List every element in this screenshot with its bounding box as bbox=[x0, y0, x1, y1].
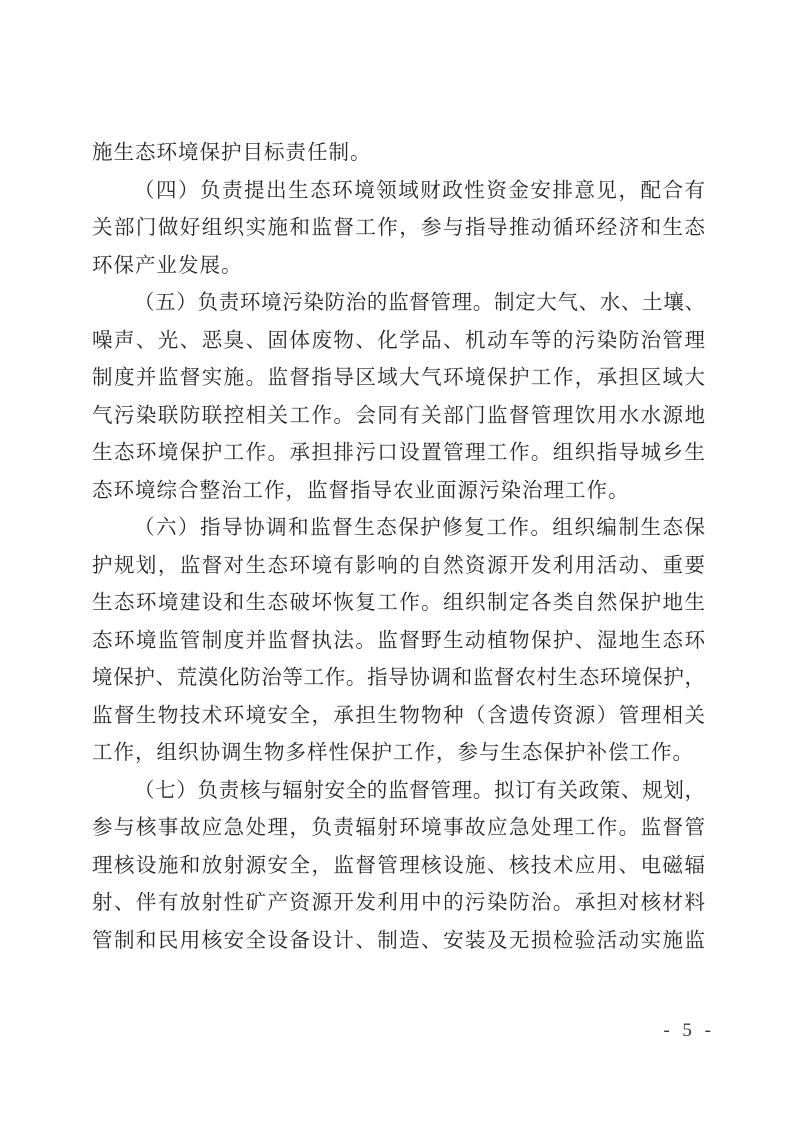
text-line: 射、伴有放射性矿产资源开发利用中的污染防治。承担对核材料 bbox=[92, 885, 705, 923]
text-line: （四）负责提出生态环境领域财政性资金安排意见，配合有 bbox=[92, 173, 705, 211]
text-line: 噪声、光、恶臭、固体废物、化学品、机动车等的污染防治管理 bbox=[92, 323, 705, 361]
document-page: 施生态环境保护目标责任制。（四）负责提出生态环境领域财政性资金安排意见，配合有关… bbox=[0, 0, 793, 1122]
text-line: 施生态环境保护目标责任制。 bbox=[92, 135, 705, 173]
text-line: 关部门做好组织实施和监督工作，参与指导推动循环经济和生态 bbox=[92, 210, 705, 248]
text-line: （七）负责核与辐射安全的监督管理。拟订有关政策、规划， bbox=[92, 773, 705, 811]
text-line: （六）指导协调和监督生态保护修复工作。组织编制生态保 bbox=[92, 510, 705, 548]
text-line: 监督生物技术环境安全，承担生物物种（含遗传资源）管理相关 bbox=[92, 698, 705, 736]
text-line: 制度并监督实施。监督指导区域大气环境保护工作，承担区域大 bbox=[92, 360, 705, 398]
text-line: 工作，组织协调生物多样性保护工作，参与生态保护补偿工作。 bbox=[92, 735, 705, 773]
paragraph: （四）负责提出生态环境领域财政性资金安排意见，配合有关部门做好组织实施和监督工作… bbox=[92, 173, 705, 286]
text-line: 护规划，监督对生态环境有影响的自然资源开发利用活动、重要 bbox=[92, 548, 705, 586]
text-line: 管制和民用核安全设备设计、制造、安装及无损检验活动实施监 bbox=[92, 923, 705, 961]
page-number: - 5 - bbox=[663, 1020, 715, 1042]
paragraph: （六）指导协调和监督生态保护修复工作。组织编制生态保护规划，监督对生态环境有影响… bbox=[92, 510, 705, 773]
text-line: 环保产业发展。 bbox=[92, 248, 705, 286]
paragraph: 施生态环境保护目标责任制。 bbox=[92, 135, 705, 173]
text-line: 境保护、荒漠化防治等工作。指导协调和监督农村生态环境保护， bbox=[92, 660, 705, 698]
text-line: （五）负责环境污染防治的监督管理。制定大气、水、土壤、 bbox=[92, 285, 705, 323]
text-line: 态环境监管制度并监督执法。监督野生动植物保护、湿地生态环 bbox=[92, 623, 705, 661]
text-line: 生态环境建设和生态破坏恢复工作。组织制定各类自然保护地生 bbox=[92, 585, 705, 623]
text-line: 气污染联防联控相关工作。会同有关部门监督管理饮用水水源地 bbox=[92, 398, 705, 436]
text-line: 理核设施和放射源安全，监督管理核设施、核技术应用、电磁辐 bbox=[92, 848, 705, 886]
text-line: 态环境综合整治工作，监督指导农业面源污染治理工作。 bbox=[92, 473, 705, 511]
text-line: 生态环境保护工作。承担排污口设置管理工作。组织指导城乡生 bbox=[92, 435, 705, 473]
paragraph: （七）负责核与辐射安全的监督管理。拟订有关政策、规划，参与核事故应急处理，负责辐… bbox=[92, 773, 705, 961]
text-line: 参与核事故应急处理，负责辐射环境事故应急处理工作。监督管 bbox=[92, 810, 705, 848]
document-body: 施生态环境保护目标责任制。（四）负责提出生态环境领域财政性资金安排意见，配合有关… bbox=[92, 135, 705, 960]
paragraph: （五）负责环境污染防治的监督管理。制定大气、水、土壤、噪声、光、恶臭、固体废物、… bbox=[92, 285, 705, 510]
